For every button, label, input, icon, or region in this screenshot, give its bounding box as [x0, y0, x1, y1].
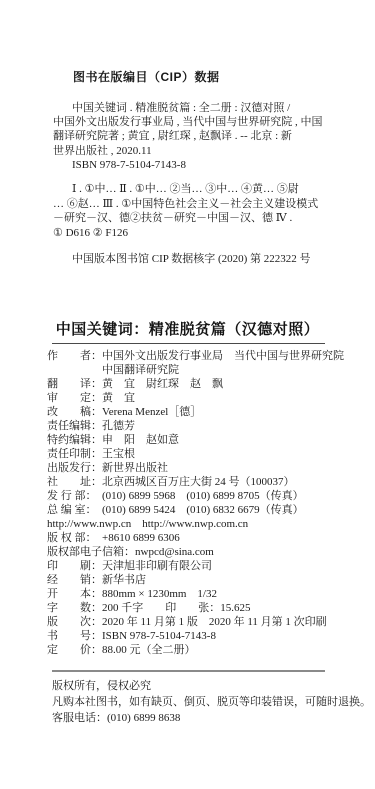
cip-classification-line: … ⑥赵… Ⅲ . ①中国特色社会主义－社会主义建设模式 — [53, 197, 375, 212]
cip-record: 中国关键词 . 精准脱贫篇 : 全二册 : 汉德对照 /中国外文出版发行事业局 … — [53, 101, 375, 172]
colophon-value: http://www.nwp.cn http://www.nwp.com.cn — [47, 517, 248, 531]
colophon-row: 改 稿：Verena Menzel［德］ — [47, 405, 375, 419]
colophon-label: 定 价： — [47, 643, 102, 657]
colophon-label: 总 编 室： — [47, 503, 102, 517]
colophon-value: (010) 6899 5424 (010) 6832 6679（传真） — [102, 503, 304, 517]
colophon-row: 版 权 部：+8610 6899 6306 — [47, 531, 375, 545]
colophon-value: 黄 宜 尉红琛 赵 飘 — [102, 377, 223, 391]
colophon-value: 中国外文出版发行事业局 当代中国与世界研究院 — [102, 349, 344, 363]
colophon-row: 责任印制：王宝根 — [47, 447, 375, 461]
colophon-label: 责任编辑： — [47, 419, 102, 433]
divider-top — [52, 343, 325, 344]
colophon-value: 天津旭非印刷有限公司 — [102, 559, 212, 573]
colophon-row: 经 销：新华书店 — [47, 573, 375, 587]
footer-line: 客服电话：(010) 6899 8638 — [52, 710, 375, 726]
colophon-label: 字 数： — [47, 601, 102, 615]
book-title: 中国关键词：精准脱贫篇（汉德对照） — [0, 320, 375, 340]
colophon-value: 新华书店 — [102, 573, 146, 587]
colophon-value: Verena Menzel［德］ — [102, 405, 201, 419]
divider-bottom — [52, 670, 325, 672]
colophon-label: 经 销： — [47, 573, 102, 587]
colophon-value: 王宝根 — [102, 447, 135, 461]
colophon-value: 200 千字 印 张：15.625 — [102, 601, 251, 615]
cip-record-line: 翻译研究院著 ; 黄宜 , 尉红琛 , 赵飘译 . -- 北京 : 新 — [53, 129, 375, 143]
footer-line: 版权所有，侵权必究 — [52, 678, 375, 694]
copyright-page: 图书在版编目（CIP）数据 中国关键词 . 精准脱贫篇 : 全二册 : 汉德对照… — [0, 0, 375, 789]
colophon-label: 特约编辑： — [47, 433, 102, 447]
copyright-notice: 版权所有，侵权必究凡购本社图书，如有缺页、倒页、脱页等印装错误，可随时退换。客服… — [52, 678, 375, 726]
colophon-row: 印 刷：天津旭非印刷有限公司 — [47, 559, 375, 573]
colophon-label: 责任印制： — [47, 447, 102, 461]
cip-record-line: 世界出版社 , 2020.11 — [53, 144, 375, 158]
cip-classification-line: ① D616 ② F126 — [53, 226, 375, 241]
colophon-label: 版 权 部： — [47, 531, 102, 545]
colophon-value: 880mm × 1230mm 1/32 — [102, 587, 217, 601]
colophon-row: 总 编 室：(010) 6899 5424 (010) 6832 6679（传真… — [47, 503, 375, 517]
colophon-value: 中国翻译研究院 — [102, 363, 179, 377]
colophon-row: 版 次：2020 年 11 月第 1 版 2020 年 11 月第 1 次印刷 — [47, 615, 375, 629]
colophon-value: 2020 年 11 月第 1 版 2020 年 11 月第 1 次印刷 — [102, 615, 327, 629]
cip-record-line: 中国关键词 . 精准脱贫篇 : 全二册 : 汉德对照 / — [53, 101, 375, 115]
colophon-value: 新世界出版社 — [102, 461, 168, 475]
cip-registry-number: 中国版本图书馆 CIP 数据核字 (2020) 第 222322 号 — [72, 252, 375, 266]
colophon-value: 申 阳 赵如意 — [102, 433, 179, 447]
colophon-label: 改 稿： — [47, 405, 102, 419]
cip-classification-line: Ⅰ . ①中… Ⅱ . ①中… ②当… ③中… ④黄… ⑤尉 — [53, 182, 375, 197]
colophon-value: 孔德芳 — [102, 419, 135, 433]
colophon-value: +8610 6899 6306 — [102, 531, 180, 545]
colophon-value: ISBN 978-7-5104-7143-8 — [102, 629, 216, 643]
colophon-row: 开 本：880mm × 1230mm 1/32 — [47, 587, 375, 601]
colophon-value: 北京西城区百万庄大街 24 号（100037） — [102, 475, 295, 489]
colophon-label: 开 本： — [47, 587, 102, 601]
colophon-label: 版 次： — [47, 615, 102, 629]
colophon-row: 书 号：ISBN 978-7-5104-7143-8 — [47, 629, 375, 643]
cip-classification: Ⅰ . ①中… Ⅱ . ①中… ②当… ③中… ④黄… ⑤尉… ⑥赵… Ⅲ . … — [53, 182, 375, 240]
cip-header: 图书在版编目（CIP）数据 — [73, 68, 375, 85]
colophon-label: 书 号： — [47, 629, 102, 643]
colophon-row: 特约编辑：申 阳 赵如意 — [47, 433, 375, 447]
colophon-row: 中国翻译研究院 — [47, 363, 375, 377]
colophon-row: http://www.nwp.cn http://www.nwp.com.cn — [47, 517, 375, 531]
colophon-row: 翻 译：黄 宜 尉红琛 赵 飘 — [47, 377, 375, 391]
colophon-row: 发 行 部：(010) 6899 5968 (010) 6899 8705（传真… — [47, 489, 375, 503]
colophon-value: (010) 6899 5968 (010) 6899 8705（传真） — [102, 489, 304, 503]
colophon-label: 发 行 部： — [47, 489, 102, 503]
colophon-value: 黄 宜 — [102, 391, 135, 405]
colophon-list: 作 者：中国外文出版发行事业局 当代中国与世界研究院中国翻译研究院翻 译：黄 宜… — [47, 349, 375, 657]
colophon-row: 出版发行：新世界出版社 — [47, 461, 375, 475]
colophon-label: 出版发行： — [47, 461, 102, 475]
colophon-row: 作 者：中国外文出版发行事业局 当代中国与世界研究院 — [47, 349, 375, 363]
colophon-row: 字 数：200 千字 印 张：15.625 — [47, 601, 375, 615]
colophon-label: 翻 译： — [47, 377, 102, 391]
colophon-row: 版权部电子信箱：nwpcd@sina.com — [47, 545, 375, 559]
colophon-value: 88.00 元（全二册） — [102, 643, 196, 657]
colophon-value: nwpcd@sina.com — [135, 545, 214, 559]
colophon-label: 社 址： — [47, 475, 102, 489]
colophon-row: 审 定：黄 宜 — [47, 391, 375, 405]
footer-line: 凡购本社图书，如有缺页、倒页、脱页等印装错误，可随时退换。 — [52, 694, 375, 710]
cip-record-line: ISBN 978-7-5104-7143-8 — [53, 158, 375, 172]
cip-classification-line: －研究－汉、德②扶贫－研究－中国－汉、德 Ⅳ . — [53, 211, 375, 226]
cip-record-line: 中国外文出版发行事业局 , 当代中国与世界研究院 , 中国 — [53, 115, 375, 129]
colophon-label: 印 刷： — [47, 559, 102, 573]
colophon-label: 作 者： — [47, 349, 102, 363]
colophon-row: 责任编辑：孔德芳 — [47, 419, 375, 433]
colophon-row: 定 价：88.00 元（全二册） — [47, 643, 375, 657]
colophon-label: 版权部电子信箱： — [47, 545, 135, 559]
colophon-row: 社 址：北京西城区百万庄大街 24 号（100037） — [47, 475, 375, 489]
cip-data-block: 图书在版编目（CIP）数据 中国关键词 . 精准脱贫篇 : 全二册 : 汉德对照… — [53, 68, 375, 266]
colophon-label: 审 定： — [47, 391, 102, 405]
